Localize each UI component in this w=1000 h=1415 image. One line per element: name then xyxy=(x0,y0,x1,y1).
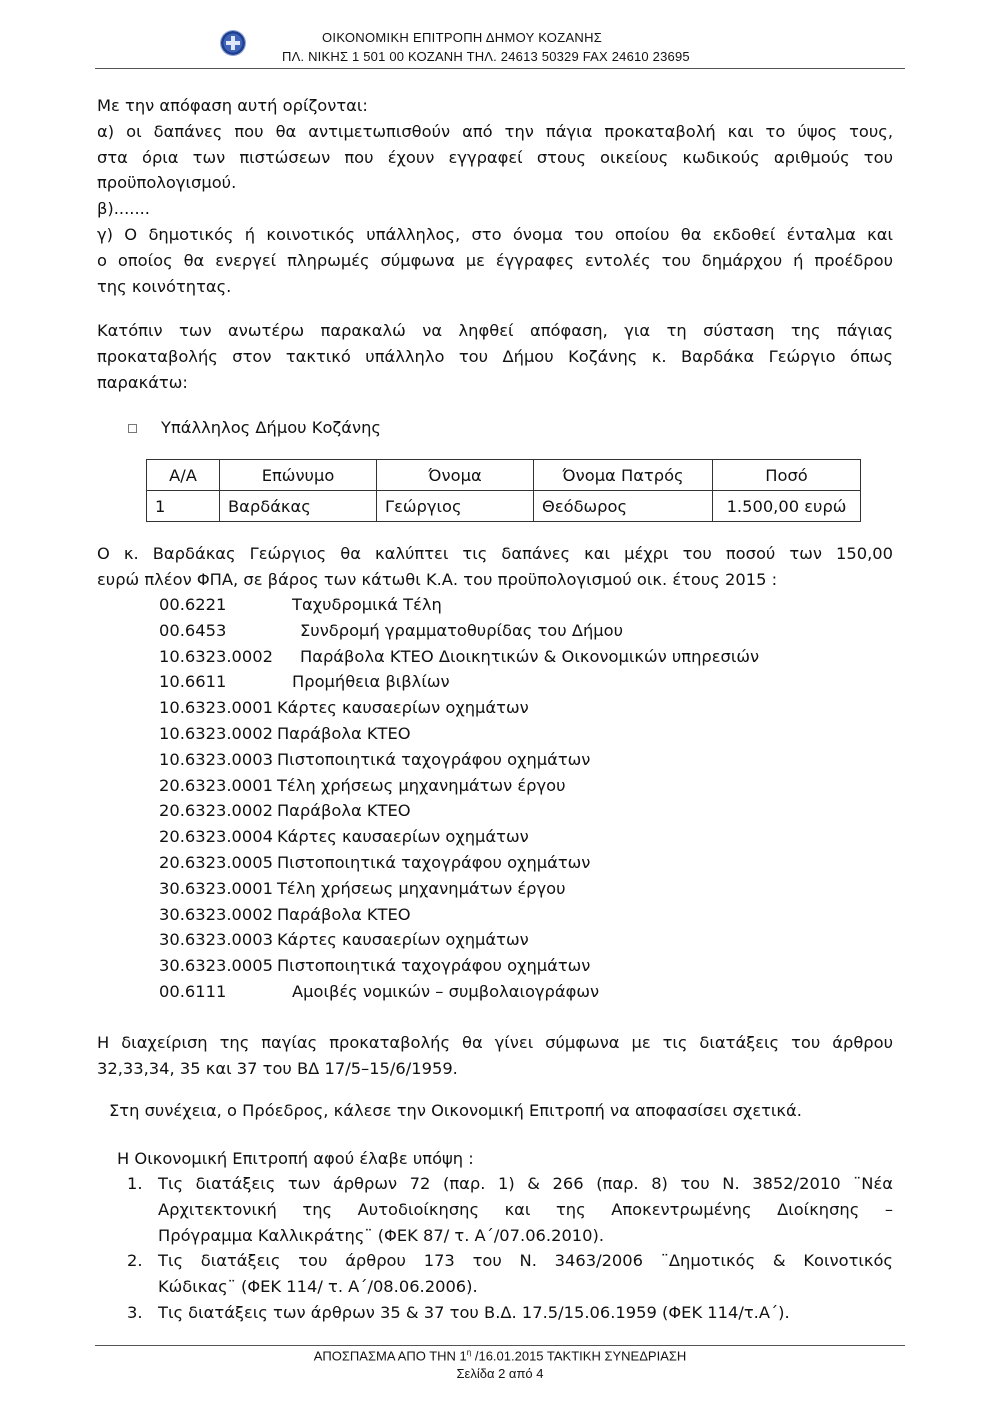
page-header: ΟΙΚΟΝΟΜΙΚΗ ΕΠΙΤΡΟΠΗ ΔΗΜΟΥ ΚΟΖΑΝΗΣ ΠΛ. ΝΙ… xyxy=(0,0,1000,72)
list-item: 1. Τις διατάξεις των άρθρων 72 (παρ. 1) … xyxy=(127,1171,893,1248)
budget-code: 00.6111 xyxy=(159,979,292,1005)
column-header: Επώνυμο xyxy=(220,460,377,491)
coverage-line: Ο κ. Βαρδάκας Γεώργιος θα καλύπτει τις δ… xyxy=(97,541,893,567)
budget-code: 10.6323.0002 xyxy=(159,721,273,747)
list-item: 2. Τις διατάξεις του άρθρου 173 του Ν. 3… xyxy=(127,1248,893,1300)
budget-code-row: 10.6323.0001Κάρτες καυσαερίων οχημάτων xyxy=(159,695,759,721)
intro-item-c: γ) Ο δημοτικός ή κοινοτικός υπάλληλος, σ… xyxy=(97,222,893,248)
footer-divider xyxy=(95,1345,905,1346)
budget-code-description: Αμοιβές νομικών – συμβολαιογράφων xyxy=(292,982,599,1001)
budget-code-row: 10.6611Προμήθεια βιβλίων xyxy=(159,669,759,695)
budget-code-description: Προμήθεια βιβλίων xyxy=(292,672,450,691)
budget-code-description: Τέλη χρήσεως μηχανημάτων έργου xyxy=(277,776,566,795)
committee-intro: Η Οικονομική Επιτροπή αφού έλαβε υπόψη : xyxy=(117,1146,913,1172)
budget-code-description: Κάρτες καυσαερίων οχημάτων xyxy=(277,827,529,846)
employee-table: Α/Α Επώνυμο Όνομα Όνομα Πατρός Ποσό 1 Βα… xyxy=(146,459,861,522)
intro-item-a: προϋπολογισμού. xyxy=(97,170,893,196)
intro-item-c: της κοινότητας. xyxy=(97,274,893,300)
budget-code-row: 20.6323.0004Κάρτες καυσαερίων οχημάτων xyxy=(159,824,759,850)
list-item-line: Πρόγραμμα Καλλικράτης¨ (ΦΕΚ 87/ τ. Α΄/07… xyxy=(158,1223,893,1249)
column-header: Όνομα xyxy=(377,460,534,491)
budget-code: 10.6323.0002 xyxy=(159,644,300,670)
header-title: ΟΙΚΟΝΟΜΙΚΗ ΕΠΙΤΡΟΠΗ ΔΗΜΟΥ ΚΟΖΑΝΗΣ xyxy=(322,30,922,45)
budget-code: 10.6611 xyxy=(159,669,292,695)
footer-title-text: /16.01.2015 ΤΑΚΤΙΚΗ ΣΥΝΕΔΡΙΑΣΗ xyxy=(471,1348,686,1363)
committee-considerations-list: 1. Τις διατάξεις των άρθρων 72 (παρ. 1) … xyxy=(127,1171,893,1326)
budget-code-row: 30.6323.0001Τέλη χρήσεως μηχανημάτων έργ… xyxy=(159,876,759,902)
budget-code-description: Ταχυδρομικά Τέλη xyxy=(292,595,442,614)
header-divider xyxy=(95,68,905,69)
chairman-paragraph: Στη συνέχεια, ο Πρόεδρος, κάλεσε την Οικ… xyxy=(109,1098,905,1124)
column-header: Α/Α xyxy=(147,460,220,491)
list-number: 1. xyxy=(127,1171,143,1197)
table-header-row: Α/Α Επώνυμο Όνομα Όνομα Πατρός Ποσό xyxy=(147,460,861,491)
column-header: Ποσό xyxy=(713,460,861,491)
budget-code-row: 10.6323.0003Πιστοποιητικά ταχογράφου οχη… xyxy=(159,747,759,773)
request-paragraph: Κατόπιν των ανωτέρω παρακαλώ να ληφθεί α… xyxy=(97,318,893,395)
management-line: Η διαχείριση της παγίας προκαταβολής θα … xyxy=(97,1030,893,1056)
budget-code-description: Παράβολα ΚΤΕΟ xyxy=(277,801,411,820)
budget-code: 30.6323.0001 xyxy=(159,876,273,902)
budget-code: 20.6323.0001 xyxy=(159,773,273,799)
list-number: 2. xyxy=(127,1248,143,1274)
request-line: προκαταβολής στον τακτικό υπάλληλο του Δ… xyxy=(97,344,893,370)
budget-code-row: 30.6323.0003Κάρτες καυσαερίων οχημάτων xyxy=(159,927,759,953)
intro-item-a: α) οι δαπάνες που θα αντιμετωπισθούν από… xyxy=(97,119,893,145)
list-item-line: Τις διατάξεις των άρθρων 72 (παρ. 1) & 2… xyxy=(158,1171,893,1197)
budget-code-row: 00.6221Ταχυδρομικά Τέλη xyxy=(159,592,759,618)
table-cell: Γεώργιος xyxy=(377,491,534,522)
footer-title-text: ΑΠΟΣΠΑΣΜΑ ΑΠΟ ΤΗΝ 1 xyxy=(314,1348,467,1363)
budget-code-description: Κάρτες καυσαερίων οχημάτων xyxy=(277,930,529,949)
budget-code-description: Παράβολα ΚΤΕΟ Διοικητικών & Οικονομικών … xyxy=(300,647,759,666)
intro-line: Με την απόφαση αυτή ορίζονται: xyxy=(97,93,893,119)
budget-code-row: 20.6323.0002Παράβολα ΚΤΕΟ xyxy=(159,798,759,824)
table-cell: 1.500,00 ευρώ xyxy=(713,491,861,522)
table-row: 1 Βαρδάκας Γεώργιος Θεόδωρος 1.500,00 ευ… xyxy=(147,491,861,522)
table-cell: Θεόδωρος xyxy=(534,491,713,522)
budget-code: 20.6323.0004 xyxy=(159,824,273,850)
table-cell: Βαρδάκας xyxy=(220,491,377,522)
budget-code: 10.6323.0003 xyxy=(159,747,273,773)
budget-code: 30.6323.0003 xyxy=(159,927,273,953)
budget-code: 20.6323.0005 xyxy=(159,850,273,876)
budget-code-description: Συνδρομή γραμματοθυρίδας του Δήμου xyxy=(300,621,623,640)
intro-item-a: στα όρια των πιστώσεων που έχουν εγγραφε… xyxy=(97,145,893,171)
bullet-label: Υπάλληλος Δήμου Κοζάνης xyxy=(161,418,381,437)
budget-code-row: 30.6323.0002Παράβολα ΚΤΕΟ xyxy=(159,902,759,928)
budget-code-description: Πιστοποιητικά ταχογράφου οχημάτων xyxy=(277,853,590,872)
employee-bullet: Υπάλληλος Δήμου Κοζάνης xyxy=(128,415,924,441)
page-number: Σελίδα 2 από 4 xyxy=(0,1366,1000,1381)
budget-code-description: Πιστοποιητικά ταχογράφου οχημάτων xyxy=(277,956,590,975)
committee-intro-line: Η Οικονομική Επιτροπή αφού έλαβε υπόψη : xyxy=(117,1146,913,1172)
column-header: Όνομα Πατρός xyxy=(534,460,713,491)
coverage-line: ευρώ πλέον ΦΠΑ, σε βάρος των κάτωθι Κ.Α.… xyxy=(97,567,893,593)
list-item-line: Τις διατάξεις του άρθρου 173 του Ν. 3463… xyxy=(158,1248,893,1274)
budget-code: 00.6453 xyxy=(159,618,300,644)
budget-code-list: 00.6221Ταχυδρομικά Τέλη00.6453Συνδρομή γ… xyxy=(159,592,759,1005)
coat-of-arms-icon xyxy=(221,31,245,55)
request-line: παρακάτω: xyxy=(97,370,893,396)
management-paragraph: Η διαχείριση της παγίας προκαταβολής θα … xyxy=(97,1030,893,1082)
budget-code-description: Τέλη χρήσεως μηχανημάτων έργου xyxy=(277,879,566,898)
list-item-line: Αρχιτεκτονική της Αυτοδιοίκησης και της … xyxy=(158,1197,893,1223)
chairman-line: Στη συνέχεια, ο Πρόεδρος, κάλεσε την Οικ… xyxy=(109,1098,905,1124)
budget-code-row: 20.6323.0001Τέλη χρήσεως μηχανημάτων έργ… xyxy=(159,773,759,799)
budget-code: 30.6323.0002 xyxy=(159,902,273,928)
header-address: ΠΛ. ΝΙΚΗΣ 1 501 00 ΚΟΖΑΝΗ ΤΗΛ. 24613 503… xyxy=(282,49,690,64)
budget-code-row: 10.6323.0002Παράβολα ΚΤΕΟ xyxy=(159,721,759,747)
request-line: Κατόπιν των ανωτέρω παρακαλώ να ληφθεί α… xyxy=(97,318,893,344)
budget-code: 10.6323.0001 xyxy=(159,695,273,721)
list-number: 3. xyxy=(127,1300,143,1326)
budget-code-row: 00.6453Συνδρομή γραμματοθυρίδας του Δήμο… xyxy=(159,618,759,644)
square-bullet-icon xyxy=(128,424,137,433)
management-line: 32,33,34, 35 και 37 του ΒΔ 17/5–15/6/195… xyxy=(97,1056,893,1082)
intro-item-c: ο οποίος θα ενεργεί πληρωμές σύμφωνα με … xyxy=(97,248,893,274)
table-cell: 1 xyxy=(147,491,220,522)
budget-code-description: Παράβολα ΚΤΕΟ xyxy=(277,724,411,743)
footer-title: ΑΠΟΣΠΑΣΜΑ ΑΠΟ ΤΗΝ 1η /16.01.2015 ΤΑΚΤΙΚΗ… xyxy=(0,1348,1000,1363)
coverage-paragraph: Ο κ. Βαρδάκας Γεώργιος θα καλύπτει τις δ… xyxy=(97,541,893,593)
list-item-line: Κώδικας¨ (ΦΕΚ 114/ τ. Α΄/08.06.2006). xyxy=(158,1274,893,1300)
intro-paragraph: Με την απόφαση αυτή ορίζονται: α) οι δαπ… xyxy=(97,93,893,299)
budget-code-row: 30.6323.0005Πιστοποιητικά ταχογράφου οχη… xyxy=(159,953,759,979)
budget-code-description: Κάρτες καυσαερίων οχημάτων xyxy=(277,698,529,717)
intro-item-b: β)....... xyxy=(97,196,893,222)
budget-code-row: 00.6111Αμοιβές νομικών – συμβολαιογράφων xyxy=(159,979,759,1005)
budget-code-description: Παράβολα ΚΤΕΟ xyxy=(277,905,411,924)
budget-code-description: Πιστοποιητικά ταχογράφου οχημάτων xyxy=(277,750,590,769)
budget-code: 00.6221 xyxy=(159,592,292,618)
budget-code-row: 20.6323.0005Πιστοποιητικά ταχογράφου οχη… xyxy=(159,850,759,876)
budget-code: 20.6323.0002 xyxy=(159,798,273,824)
list-item: 3. Τις διατάξεις των άρθρων 35 & 37 του … xyxy=(127,1300,893,1326)
budget-code-row: 10.6323.0002Παράβολα ΚΤΕΟ Διοικητικών & … xyxy=(159,644,759,670)
budget-code: 30.6323.0005 xyxy=(159,953,273,979)
list-item-line: Τις διατάξεις των άρθρων 35 & 37 του Β.Δ… xyxy=(158,1300,893,1326)
